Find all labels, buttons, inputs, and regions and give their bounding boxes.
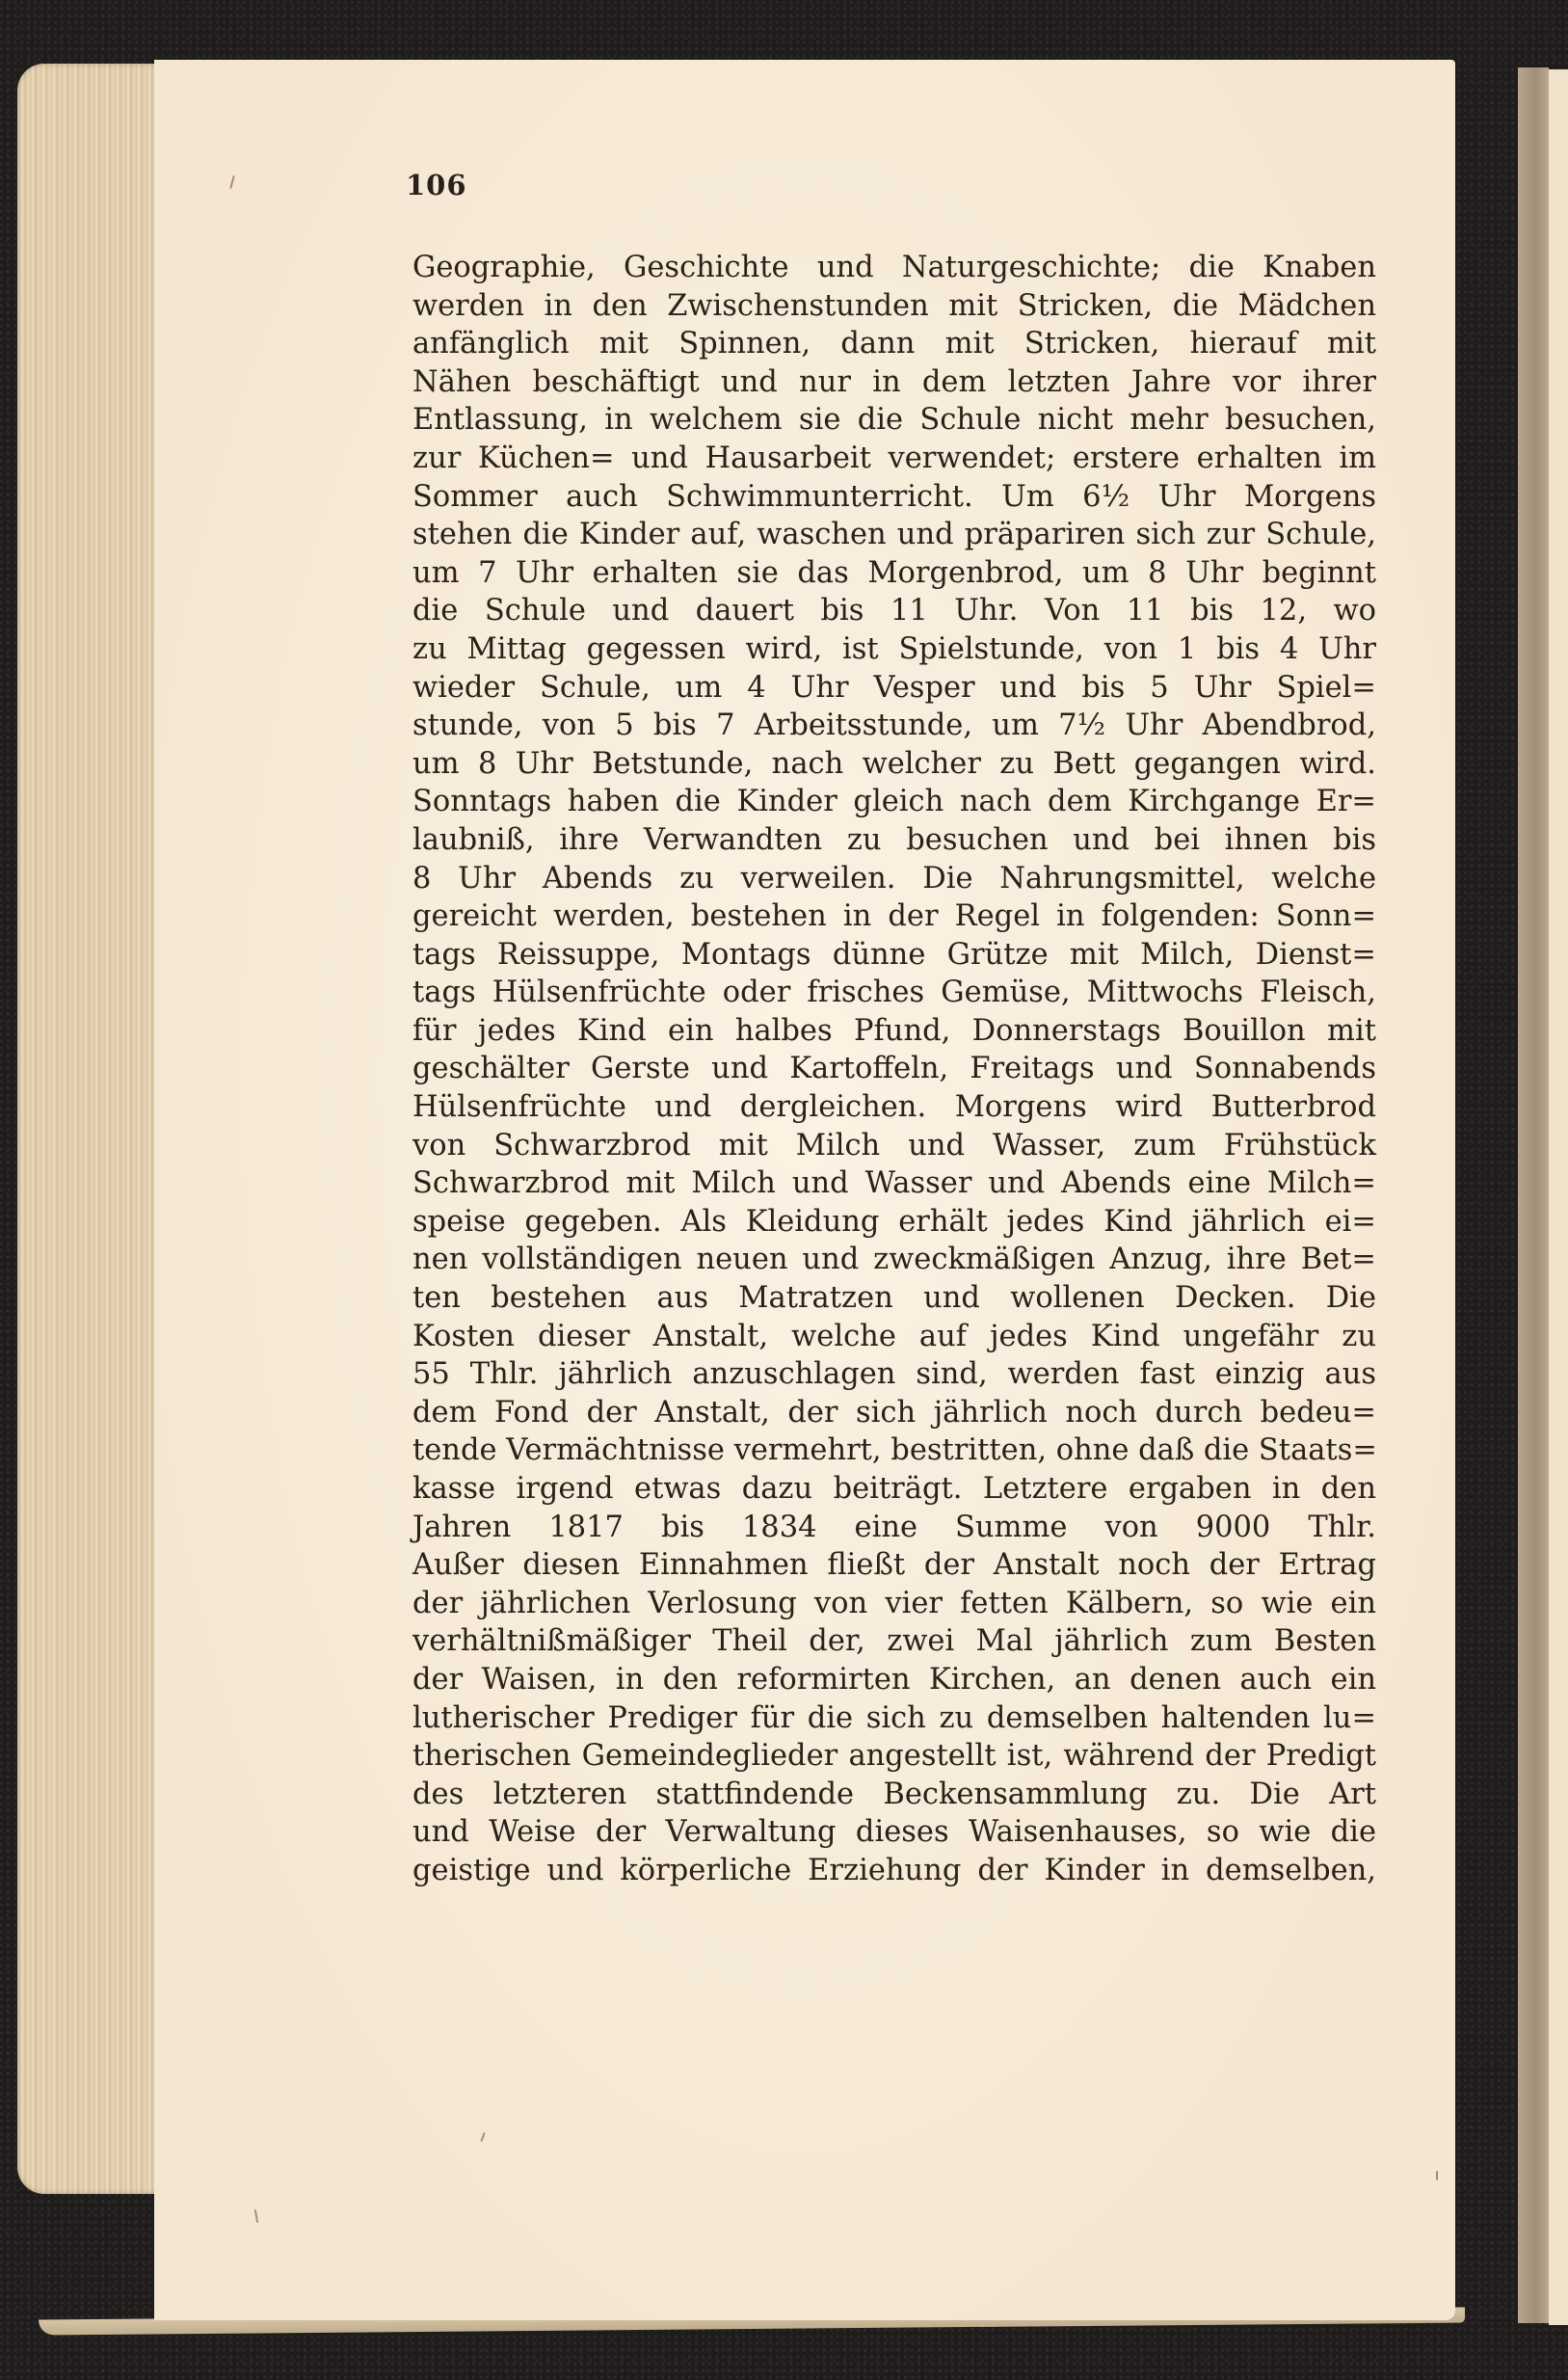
text-line: Sommer auch Schwimmunterricht. Um 6½ Uhr… [412, 478, 1376, 517]
text-line: der jährlichen Verlosung von vier fetten… [412, 1585, 1376, 1623]
paper-speck [480, 2132, 485, 2142]
text-line: Außer diesen Einnahmen fließt der Anstal… [412, 1546, 1376, 1585]
text-line: stehen die Kinder auf, waschen und präpa… [412, 516, 1376, 554]
text-line: gereicht werden, bestehen in der Regel i… [412, 897, 1376, 936]
text-line: Schwarzbrod mit Milch und Wasser und Abe… [412, 1164, 1376, 1203]
text-line: Kosten dieser Anstalt, welche auf jedes … [412, 1318, 1376, 1356]
paper-speck [1436, 2171, 1438, 2180]
text-line: tags Hülsenfrüchte oder frisches Gemüse,… [412, 974, 1376, 1012]
page-number: 106 [406, 169, 467, 201]
text-line: stunde, von 5 bis 7 Arbeitsstunde, um 7½… [412, 707, 1376, 745]
text-line: kasse irgend etwas dazu beiträgt. Letzte… [412, 1470, 1376, 1509]
body-text: Geographie, Geschichte und Naturgeschich… [412, 249, 1376, 1890]
text-line: werden in den Zwischenstunden mit Strick… [412, 287, 1376, 326]
text-line: und Weise der Verwaltung dieses Waisenha… [412, 1813, 1376, 1852]
text-line: 55 Thlr. jährlich anzuschlagen sind, wer… [412, 1355, 1376, 1394]
text-line: anfänglich mit Spinnen, dann mit Stricke… [412, 325, 1376, 363]
paper-speck [254, 2209, 258, 2223]
text-line: zu Mittag gegessen wird, ist Spielstunde… [412, 630, 1376, 669]
text-line: des letzteren stattfindende Beckensammlu… [412, 1776, 1376, 1814]
text-line: nen vollständigen neuen und zweckmäßigen… [412, 1241, 1376, 1279]
facing-page-edge [1549, 69, 1568, 2325]
text-line: lutherischer Prediger für die sich zu de… [412, 1699, 1376, 1738]
text-line: speise gegeben. Als Kleidung erhält jede… [412, 1203, 1376, 1242]
text-line: von Schwarzbrod mit Milch und Wasser, zu… [412, 1127, 1376, 1165]
text-line: Sonntags haben die Kinder gleich nach de… [412, 783, 1376, 821]
text-line: Entlassung, in welchem sie die Schule ni… [412, 401, 1376, 440]
page-edges-stack [17, 64, 162, 2194]
text-line: um 8 Uhr Betstunde, nach welcher zu Bett… [412, 745, 1376, 784]
text-line: tende Vermächtnisse vermehrt, bestritten… [412, 1431, 1376, 1470]
text-line: laubniß, ihre Verwandten zu besuchen und… [412, 821, 1376, 860]
text-line: tags Reissuppe, Montags dünne Grütze mit… [412, 936, 1376, 975]
text-line: für jedes Kind ein halbes Pfund, Donners… [412, 1012, 1376, 1051]
text-line: Jahren 1817 bis 1834 eine Summe von 9000… [412, 1509, 1376, 1547]
text-line: Hülsenfrüchte und dergleichen. Morgens w… [412, 1088, 1376, 1127]
text-line: die Schule und dauert bis 11 Uhr. Von 11… [412, 592, 1376, 630]
text-line: therischen Gemeindeglieder angestellt is… [412, 1737, 1376, 1776]
text-line: 8 Uhr Abends zu verweilen. Die Nahrungsm… [412, 860, 1376, 898]
text-line: ten bestehen aus Matratzen und wollenen … [412, 1279, 1376, 1318]
text-line: Nähen beschäftigt und nur in dem letzten… [412, 363, 1376, 402]
paper-speck [229, 175, 235, 189]
text-line: um 7 Uhr erhalten sie das Morgenbrod, um… [412, 554, 1376, 593]
text-line: Geographie, Geschichte und Naturgeschich… [412, 249, 1376, 287]
text-line: dem Fond der Anstalt, der sich jährlich … [412, 1394, 1376, 1432]
text-line: zur Küchen= und Hausarbeit verwendet; er… [412, 440, 1376, 478]
text-line: wieder Schule, um 4 Uhr Vesper und bis 5… [412, 669, 1376, 708]
text-line: verhältnißmäßiger Theil der, zwei Mal jä… [412, 1622, 1376, 1661]
text-line: geistige und körperliche Erziehung der K… [412, 1852, 1376, 1890]
text-line: geschälter Gerste und Kartoffeln, Freita… [412, 1050, 1376, 1088]
book-gutter [1518, 67, 1549, 2323]
text-line: der Waisen, in den reformirten Kirchen, … [412, 1661, 1376, 1699]
